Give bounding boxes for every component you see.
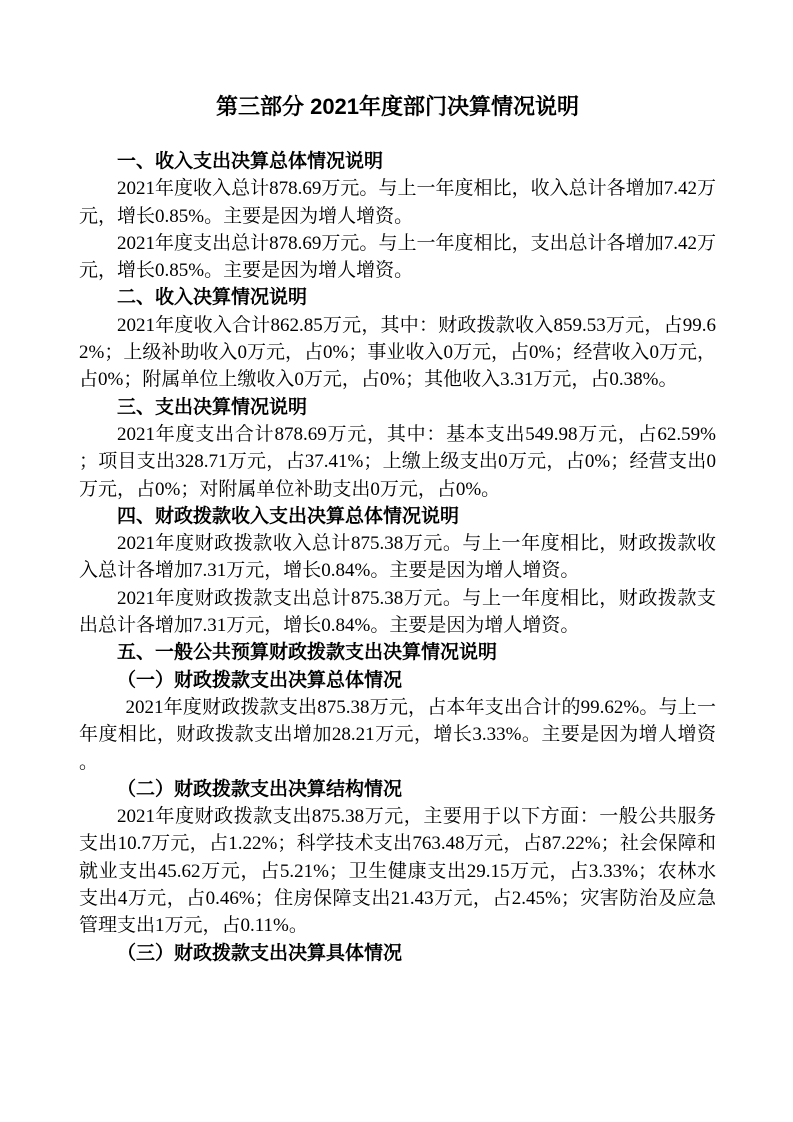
document-page: 第三部分 2021年度部门决算情况说明 一、收入支出决算总体情况说明 2021年… [0, 0, 793, 1122]
paragraph-expenditure-breakdown: 2021年度支出合计878.69万元，其中：基本支出549.98万元，占62.5… [79, 421, 716, 503]
paragraph-fiscal-income-total: 2021年度财政拨款收入总计875.38万元。与上一年度相比，财政拨款收入总计各… [79, 530, 716, 585]
paragraph-income-breakdown: 2021年度收入合计862.85万元，其中：财政拨款收入859.53万元，占99… [79, 312, 716, 394]
paragraph-total-expenditure: 2021年度支出总计878.69万元。与上一年度相比，支出总计各增加7.42万元… [79, 230, 716, 285]
subsection-heading-fiscal-expenditure-details: （三）财政拨款支出决算具体情况 [79, 940, 716, 967]
section-heading-income-expenditure-overview: 一、收入支出决算总体情况说明 [79, 148, 716, 175]
section-heading-income-accounts: 二、收入决算情况说明 [79, 284, 716, 311]
document-title: 第三部分 2021年度部门决算情况说明 [79, 92, 716, 122]
paragraph-fiscal-expenditure-overall: 2021年度财政拨款支出875.38万元，占本年支出合计的99.62%。与上一年… [79, 694, 716, 776]
section-heading-general-public-budget: 五、一般公共预算财政拨款支出决算情况说明 [79, 639, 716, 666]
paragraph-fiscal-expenditure-total: 2021年度财政拨款支出总计875.38万元。与上一年度相比，财政拨款支出总计各… [79, 585, 716, 640]
subsection-heading-fiscal-expenditure-overall: （一）财政拨款支出决算总体情况 [79, 667, 716, 694]
paragraph-fiscal-expenditure-structure: 2021年度财政拨款支出875.38万元，主要用于以下方面：一般公共服务支出10… [79, 803, 716, 939]
section-heading-expenditure-accounts: 三、支出决算情况说明 [79, 394, 716, 421]
section-heading-fiscal-appropriation-overview: 四、财政拨款收入支出决算总体情况说明 [79, 503, 716, 530]
subsection-heading-fiscal-expenditure-structure: （二）财政拨款支出决算结构情况 [79, 776, 716, 803]
paragraph-total-income: 2021年度收入总计878.69万元。与上一年度相比，收入总计各增加7.42万元… [79, 175, 716, 230]
